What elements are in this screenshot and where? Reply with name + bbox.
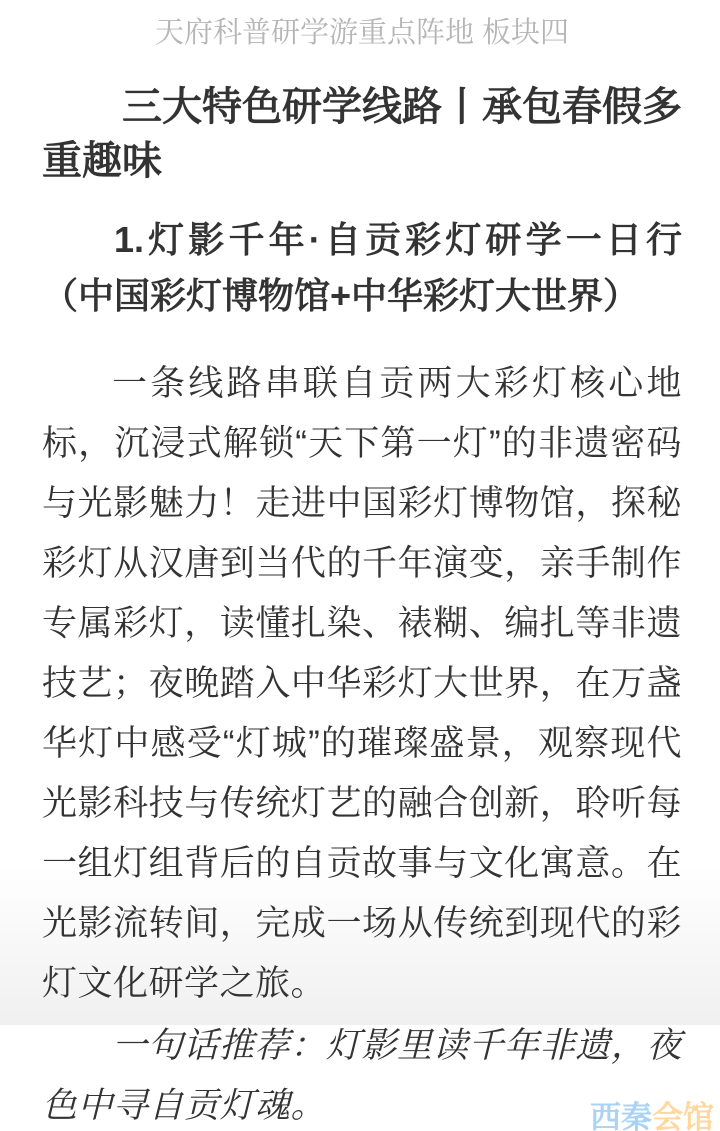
route-1-heading: 1.灯影千年·自贡彩灯研学一日行（中国彩灯博物馆+中华彩灯大世界） [42, 212, 682, 324]
route-1-description: 一条线路串联自贡两大彩灯核心地标，沉浸式解锁“天下第一灯”的非遗密码与光影魅力！… [42, 354, 682, 1014]
route-1-recommendation: 一句话推荐：灯影里读千年非遗，夜色中寻自贡灯魂。 [42, 1016, 682, 1131]
section-source-note: 天府科普研学游重点阵地 板块四 [42, 12, 682, 54]
article-content: 天府科普研学游重点阵地 板块四 三大特色研学线路丨承包春假多重趣味 1.灯影千年… [0, 12, 720, 1131]
article-page: 天府科普研学游重点阵地 板块四 三大特色研学线路丨承包春假多重趣味 1.灯影千年… [0, 12, 720, 1131]
article-title: 三大特色研学线路丨承包春假多重趣味 [42, 80, 682, 188]
